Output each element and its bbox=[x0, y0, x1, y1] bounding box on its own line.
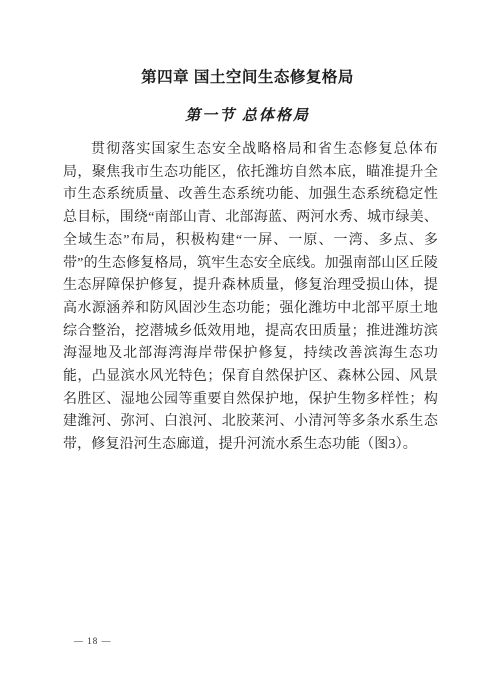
document-page: 第四章 国土空间生态修复格局 第一节 总体格局 贯彻落实国家生态安全战略格局和省… bbox=[0, 0, 495, 699]
chapter-title: 第四章 国土空间生态修复格局 bbox=[0, 65, 495, 87]
body-paragraph: 贯彻落实国家生态安全战略格局和省生态修复总体布局，聚焦我市生态功能区，依托潍坊自… bbox=[63, 139, 438, 457]
section-title: 第一节 总体格局 bbox=[0, 104, 495, 125]
page-number: — 18 — bbox=[74, 636, 112, 646]
